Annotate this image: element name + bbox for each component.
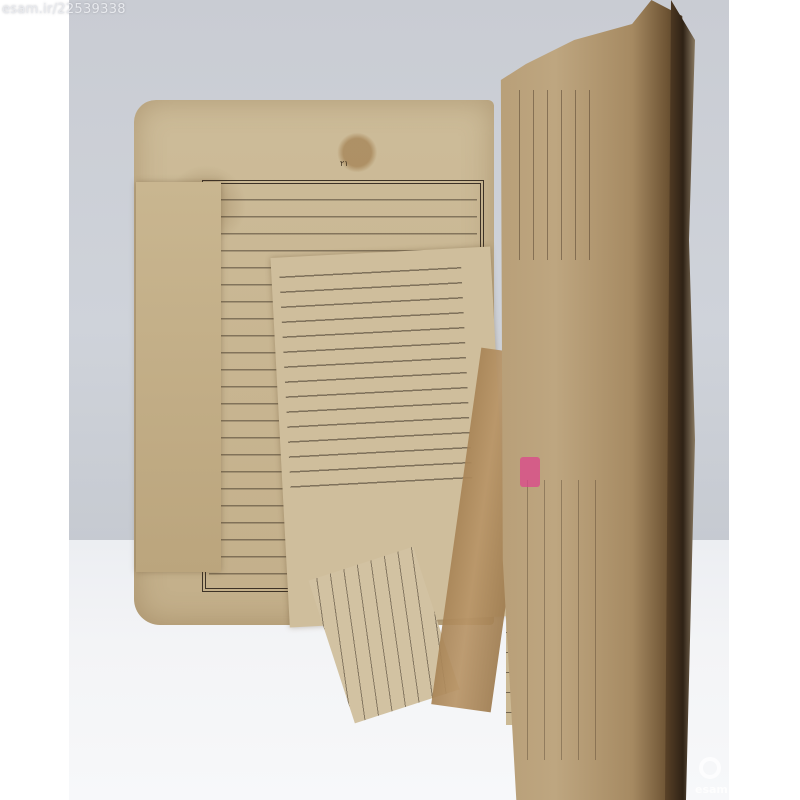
page-number: ۲۱	[340, 159, 349, 168]
handwritten-notes-bottom	[517, 480, 607, 760]
pink-stamp	[520, 457, 540, 487]
corner-logo-watermark: esam	[693, 757, 729, 800]
handwritten-notes-top	[511, 90, 591, 260]
repair-patch-left	[136, 182, 221, 572]
watermark-text: esam.ir/22539338	[2, 2, 126, 17]
left-manuscript-page: ۲۱	[134, 100, 494, 625]
right-standing-page	[497, 0, 690, 800]
fragment-text	[279, 258, 473, 497]
photo: ۲۱	[69, 0, 729, 800]
logo-icon	[699, 757, 721, 779]
